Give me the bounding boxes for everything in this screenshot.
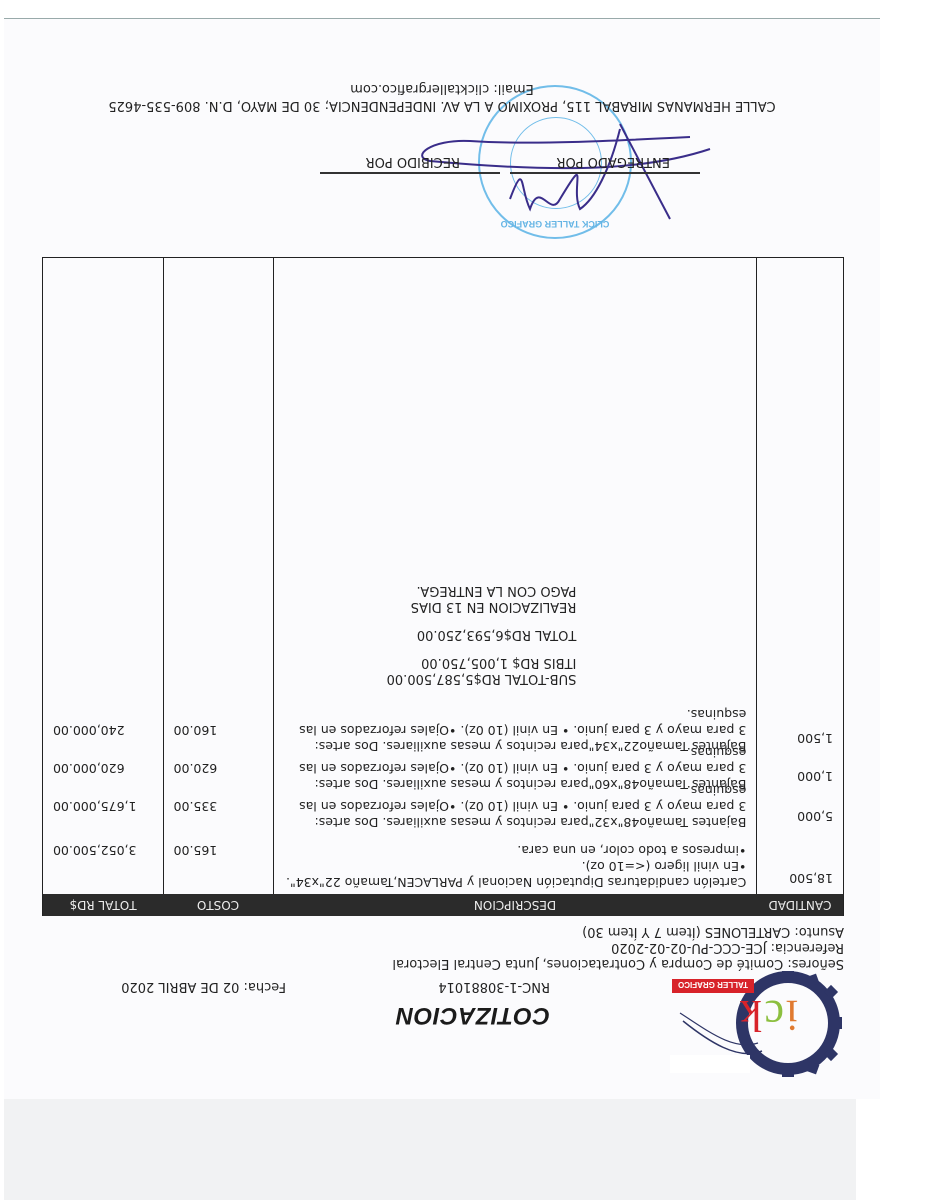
header-total: TOTAL RD$ [43, 898, 163, 912]
header-costo: COSTO [163, 898, 273, 912]
addressee-block: Señores: Comité de Compra y Contratacion… [392, 923, 844, 971]
column-descripcion: Cartelón candidaturas Diputación Naciona… [273, 258, 756, 894]
itbis: ITBIS RD$ 1,005,750.00 [276, 654, 576, 670]
header-cantidad: CANTIDAD [757, 898, 843, 912]
footer-address: CALLE HERMANAS MIRABAL 115, PROXIMO A LA… [4, 97, 880, 114]
rnc-number: RNC-1-3088101­4 [438, 979, 550, 994]
document-title: COTIZACION [396, 1001, 550, 1029]
table-header: CANTIDAD DESCRIPCION COSTO TOTAL RD$ [43, 894, 843, 916]
delivery-time: REALIZACION EN 13 DIAS [276, 598, 576, 614]
header-descripcion: DESCRIPCION [273, 898, 757, 912]
table-cell-costo: 160.00 [174, 722, 218, 738]
entregado-label: ENTREGADO POR [556, 154, 670, 169]
table-cell-total: 240,000.00 [53, 722, 125, 738]
table-cell-cantidad: 1,000 [797, 768, 833, 784]
svg-text:k: k [740, 991, 762, 1040]
table-row-description: Bajantes Tamaño22"x34"para recintos y me… [276, 706, 746, 754]
quotation-table: CANTIDAD DESCRIPCION COSTO TOTAL RD$ 18,… [42, 257, 844, 916]
table-cell-total: 1,675,000.00 [53, 798, 137, 814]
table-cell-cantidad: 1,500 [797, 730, 833, 746]
payment-terms: PAGO CON LA ENTREGA. [276, 582, 576, 598]
table-cell-costo: 335.00 [174, 798, 218, 814]
addressee-referencia: Referencia: JCE-CCC-PU-02-02-2020 [392, 939, 844, 955]
column-cantidad: 18,500 5,000 1,000 1,500 [756, 258, 843, 894]
table-cell-cantidad: 18,500 [789, 870, 833, 886]
svg-text:TALLER GRAFICO: TALLER GRAFICO [678, 980, 748, 989]
table-cell-total: 3,052,500.00 [53, 842, 137, 858]
svg-text:c: c [764, 991, 784, 1040]
handwritten-signature [400, 119, 730, 229]
addressee-senores: Señores: Comité de Compra y Contratacion… [392, 955, 844, 971]
summary-block: SUB-TOTAL RD$5,587,500.00 ITBIS RD$ 1,00… [276, 582, 576, 686]
table-cell-cantidad: 5,000 [797, 808, 833, 824]
addressee-asunto: Asunto: CARTELONES (Ítem 7 Y Ítem 30) [392, 923, 844, 939]
footer-contact: CALLE HERMANAS MIRABAL 115, PROXIMO A LA… [4, 80, 880, 114]
grand-total: TOTAL RD$6,593,250.00 [276, 626, 576, 642]
table-cell-costo: 620.00 [174, 760, 218, 776]
subtotal: SUB-TOTAL RD$5,587,500.00 [276, 670, 576, 686]
scanner-background [4, 1098, 856, 1200]
signature-line-entregado [510, 173, 700, 175]
column-costo: 165.00 335.00 620.00 160.00 [163, 258, 274, 894]
document-date: Fecha: 02 DE ABRIL 2020 [121, 979, 286, 994]
table-body: 18,500 5,000 1,000 1,500 Cartelón candid… [43, 258, 843, 894]
footer-email: Email: clicktallergrafico.com [4, 80, 880, 97]
recibido-label: RECIBIDO POR [366, 154, 460, 169]
table-row-description: Cartelón candidaturas Diputación Naciona… [276, 842, 746, 890]
column-total: 3,052,500.00 1,675,000.00 620,000.00 240… [43, 258, 163, 894]
table-cell-costo: 165.00 [174, 842, 218, 858]
quotation-sheet: TALLER GRAFICO i c k COTIZACION RNC-1-30… [4, 18, 880, 1099]
company-logo: TALLER GRAFICO i c k [668, 971, 858, 1081]
signature-line-recibido [320, 173, 500, 175]
table-cell-total: 620,000.00 [53, 760, 125, 776]
svg-text:i: i [786, 991, 798, 1040]
